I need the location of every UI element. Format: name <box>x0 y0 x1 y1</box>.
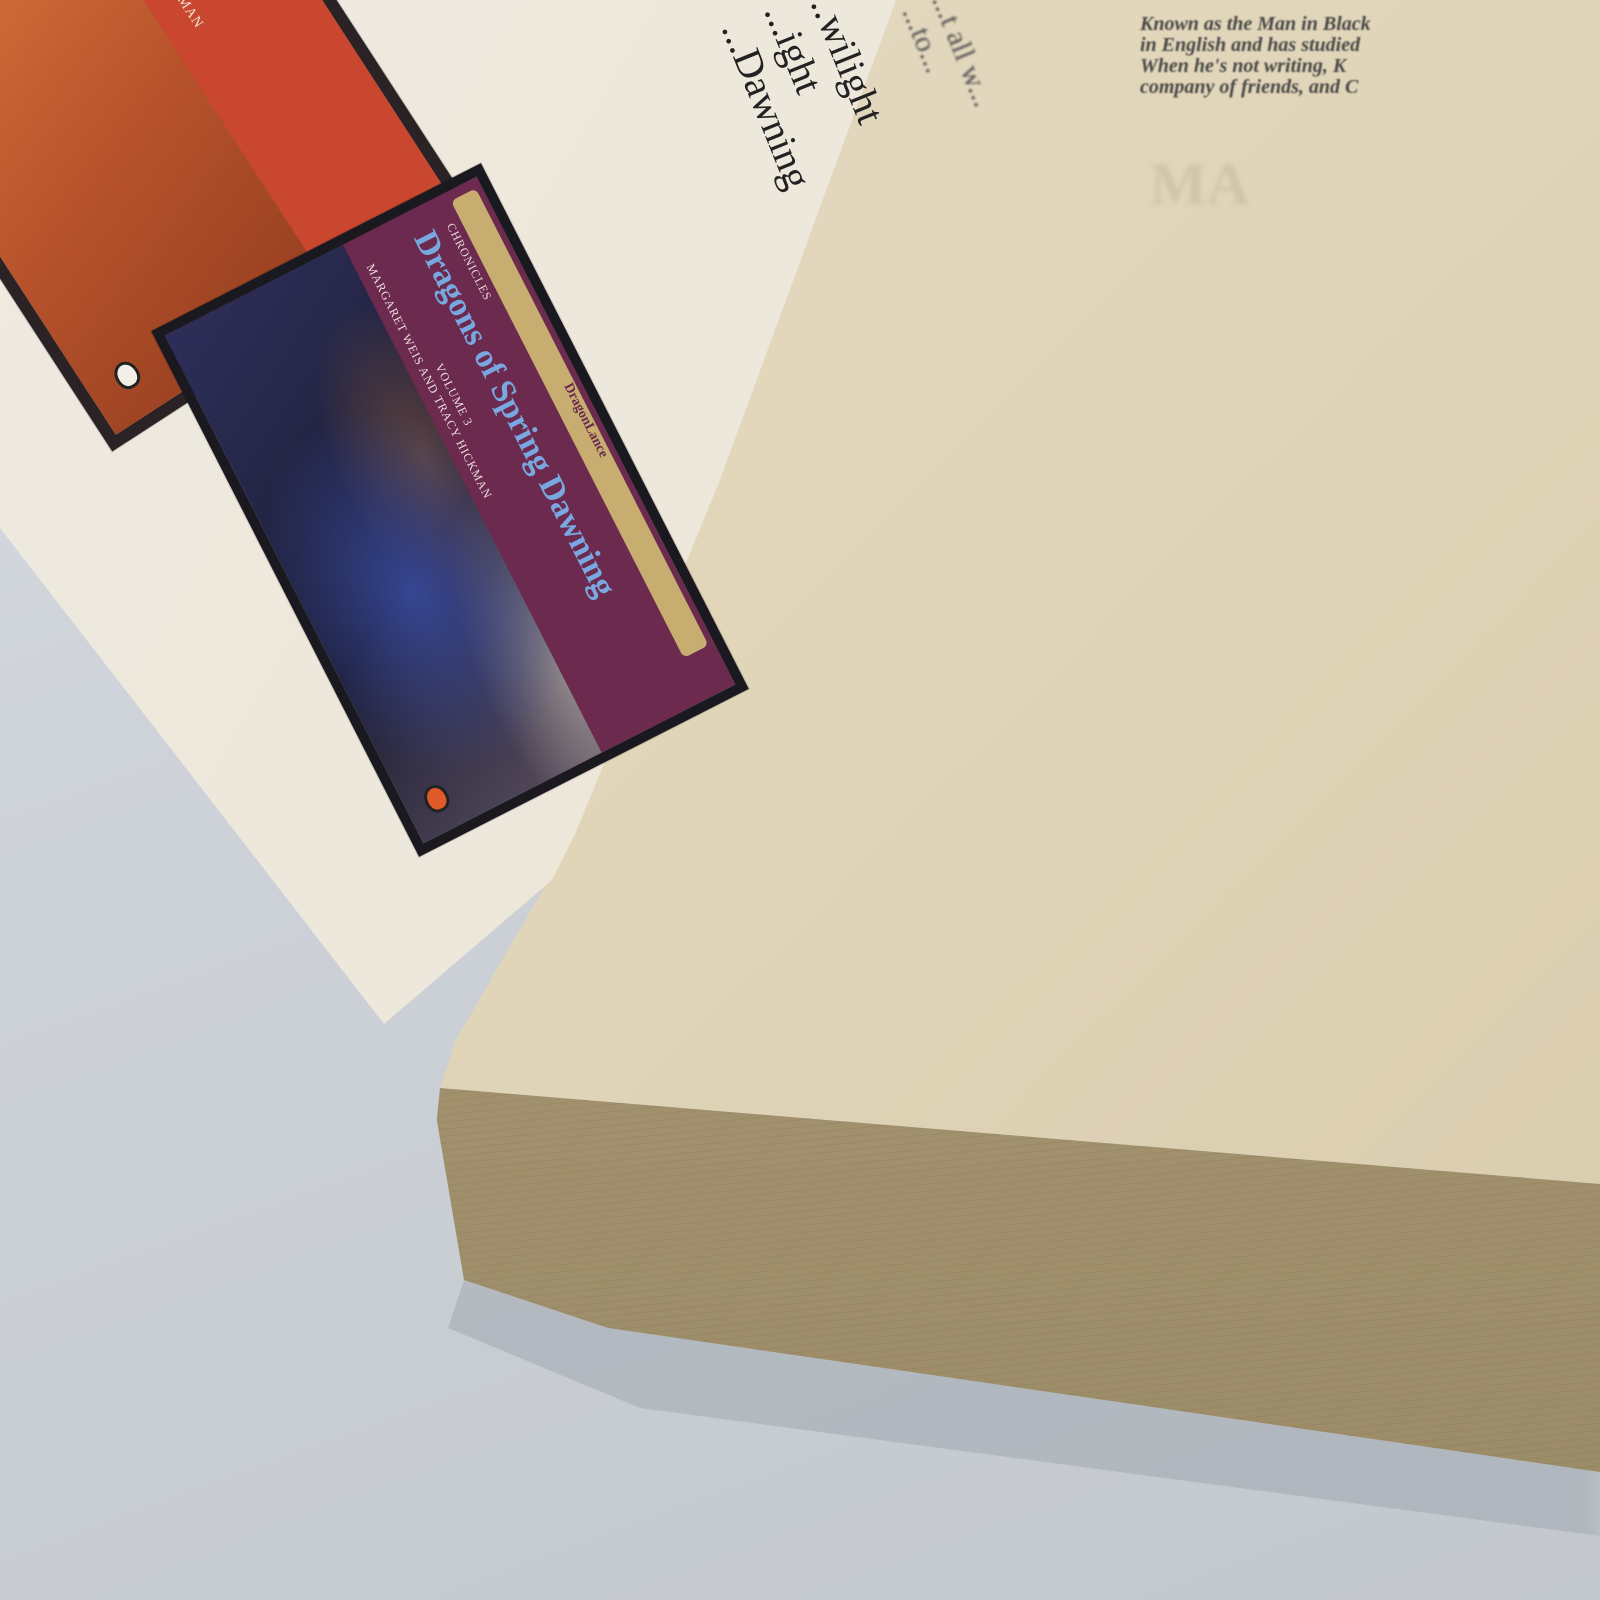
photo-scene: MA Known as the Man in Black in English … <box>0 0 1600 1600</box>
bio-line: Known as the Man in Black <box>1140 14 1600 35</box>
penguin-logo-icon <box>109 357 144 394</box>
bio-line: in English and has studied <box>1140 35 1600 56</box>
author-bio: Known as the Man in Black in English and… <box>1140 14 1600 98</box>
bio-line: When he's not writing, K <box>1140 56 1600 77</box>
show-through-text: MA <box>1150 150 1250 219</box>
bio-line: company of friends, and C <box>1140 77 1600 98</box>
